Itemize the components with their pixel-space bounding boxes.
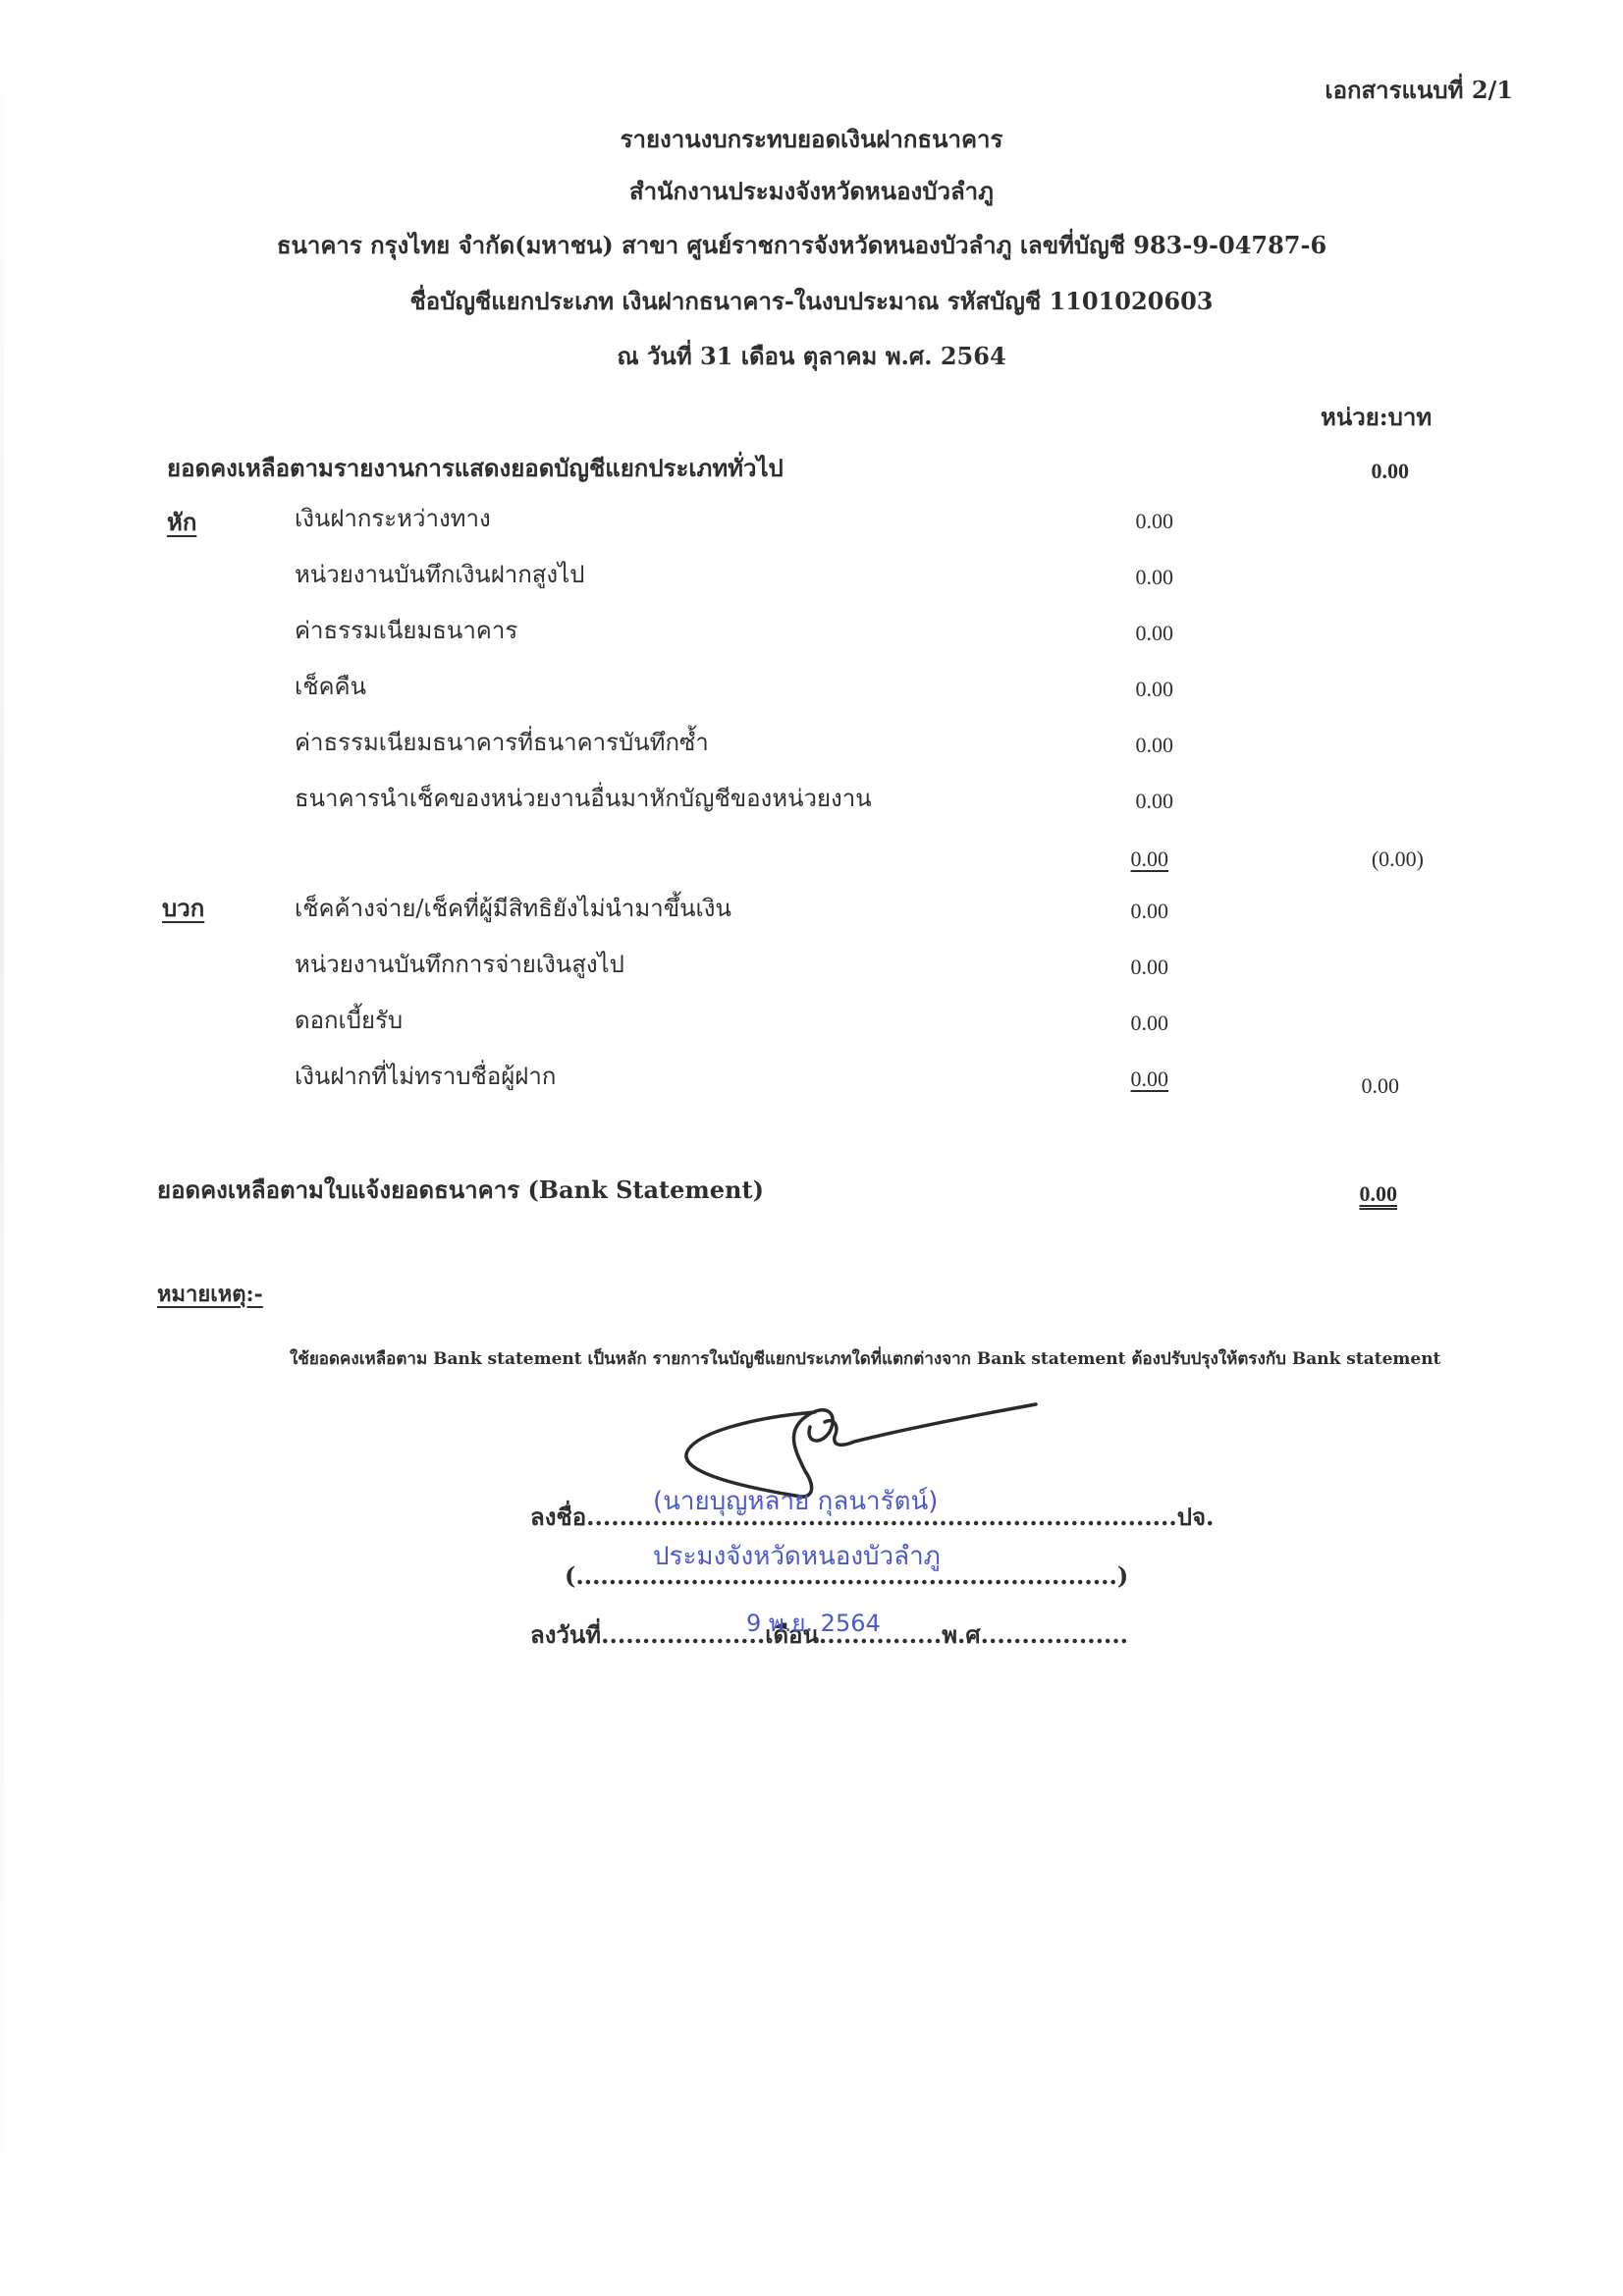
line-item-value: 0.00 — [1085, 677, 1173, 702]
line-item-value: 0.00 — [1080, 1066, 1168, 1092]
sign-prefix: ลงชื่อ — [530, 1503, 586, 1531]
report-title: รายงานงบกระทบยอดเงินฝากธนาคาร — [0, 120, 1623, 158]
line-item-value: 0.00 — [1085, 621, 1173, 646]
ledger-balance-value: 0.00 — [1321, 459, 1409, 484]
line-item-label: เช็คคืน — [295, 667, 366, 705]
line-item-label: ดอกเบี้ยรับ — [295, 1001, 403, 1039]
add-total: 0.00 — [1311, 1073, 1399, 1099]
line-item-label: เงินฝากที่ไม่ทราบชื่อผู้ฝาก — [295, 1057, 556, 1095]
unit-label: หน่วย:บาท — [1321, 398, 1432, 436]
report-date: ณ วันที่ 31 เดือน ตุลาคม พ.ศ. 2564 — [0, 337, 1623, 375]
note-text: ใช้ยอดคงเหลือตาม Bank statement เป็นหลัก… — [290, 1345, 1440, 1372]
ledger-account-line: ชื่อบัญชีแยกประเภท เงินฝากธนาคาร-ในงบประ… — [0, 282, 1623, 320]
line-item-label: เงินฝากระหว่างทาง — [295, 499, 491, 537]
position-line: (.......................................… — [565, 1561, 1128, 1590]
attachment-reference: เอกสารแนบที่ 2/1 — [1325, 71, 1513, 109]
date-year-label: พ.ศ — [942, 1620, 980, 1649]
line-item-value: 0.00 — [1085, 509, 1173, 534]
line-item-value: 0.00 — [1085, 789, 1173, 814]
note-label: หมายเหตุ:- — [157, 1277, 263, 1311]
line-item-label: ธนาคารนำเช็คของหน่วยงานอื่นมาหักบัญชีของ… — [295, 779, 872, 817]
line-item-value: 0.00 — [1080, 899, 1168, 924]
deduct-label: หัก — [167, 503, 196, 541]
bank-balance-label: ยอดคงเหลือตามใบแจ้งยอดธนาคาร (Bank State… — [157, 1171, 764, 1209]
line-item-label: หน่วยงานบันทึกเงินฝากสูงไป — [295, 555, 584, 593]
line-item-label: ค่าธรรมเนียมธนาคารที่ธนาคารบันทึกซ้ำ — [295, 723, 709, 761]
deduct-subtotal: 0.00 — [1080, 847, 1168, 872]
deduct-total: (0.00) — [1325, 847, 1424, 872]
bank-account-line: ธนาคาร กรุงไทย จำกัด(มหาชน) สาขา ศูนย์รา… — [0, 226, 1613, 264]
line-item-value: 0.00 — [1085, 733, 1173, 758]
office-name: สำนักงานประมงจังหวัดหนองบัวลำภู — [0, 172, 1623, 210]
bank-balance-value: 0.00 — [1309, 1181, 1397, 1207]
line-item-value: 0.00 — [1080, 1011, 1168, 1036]
line-item-label: ค่าธรรมเนียมธนาคาร — [295, 611, 517, 649]
date-prefix: ลงวันที่ — [530, 1620, 601, 1649]
sign-suffix: ปจ. — [1177, 1503, 1215, 1531]
line-item-label: หน่วยงานบันทึกการจ่ายเงินสูงไป — [295, 945, 624, 983]
ledger-balance-label: ยอดคงเหลือตามรายงานการแสดงยอดบัญชีแยกประ… — [167, 449, 784, 487]
line-item-value: 0.00 — [1080, 955, 1168, 980]
date-stamp: 9 พ.ย. 2564 — [746, 1604, 881, 1642]
add-label: บวก — [162, 889, 204, 927]
line-item-label: เช็คค้างจ่าย/เช็คที่ผู้มีสิทธิยังไม่นำมา… — [295, 889, 731, 927]
line-item-value: 0.00 — [1085, 565, 1173, 590]
signer-name-stamp: (นายบุญหลาย กุลนารัตน์) — [653, 1481, 938, 1521]
